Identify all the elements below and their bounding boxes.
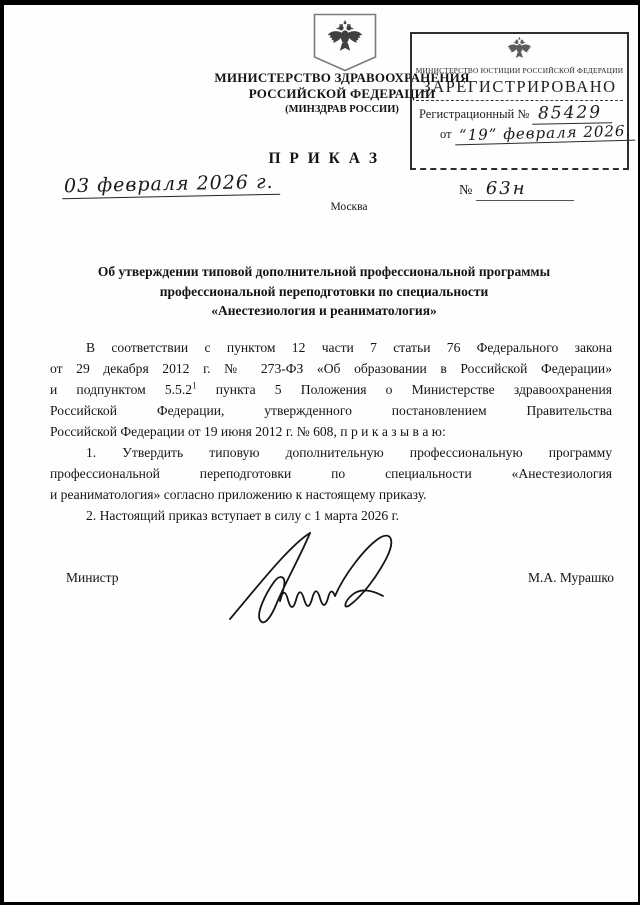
signer-position: Министр (66, 570, 118, 586)
minister-signature-icon (222, 523, 412, 638)
stamp-reg-label: Регистрационный № (419, 107, 529, 121)
stamp-date-handwritten: “19” февраля 2026. (454, 122, 635, 146)
body-line: и реаниматология» согласно приложению к … (50, 484, 612, 505)
body-line: Российской Федерации, утвержденного пост… (50, 400, 612, 421)
body-line: В соответствии с пунктом 12 части 7 стат… (50, 337, 612, 358)
stamp-registration-line: Регистрационный № 85429 (412, 103, 627, 124)
order-document-page: МИНИСТЕРСТВО ЗДРАВООХРАНЕНИЯ РОССИЙСКОЙ … (0, 0, 640, 905)
body-line: и подпунктом 5.5.21 пункта 5 Положения о… (50, 379, 612, 400)
body-line: профессиональной переподготовки по специ… (50, 463, 612, 484)
order-body: В соответствии с пунктом 12 части 7 стат… (50, 337, 612, 526)
document-number: № 63н (459, 178, 574, 201)
stamp-eagle-icon (412, 36, 627, 66)
order-title: Об утверждении типовой дополнительной пр… (46, 262, 602, 321)
order-title-line1: Об утверждении типовой дополнительной пр… (46, 262, 602, 282)
city-label: Москва (49, 201, 640, 213)
body-line-text: и подпунктом 5.5.2 (50, 382, 192, 397)
stamp-date-prefix: от (440, 127, 452, 141)
document-date-value: 03 февраля 2026 г. (62, 171, 280, 200)
stamp-ministry-name: МИНИСТЕРСТВО ЮСТИЦИИ РОССИЙСКОЙ ФЕДЕРАЦИ… (412, 66, 627, 75)
document-number-handwritten: 63н (476, 178, 574, 201)
body-line: от 29 декабря 2012 г. № 273-ФЗ «Об образ… (50, 358, 612, 379)
signer-name: М.А. Мурашко (528, 570, 614, 586)
stamp-reg-number-handwritten: 85429 (532, 102, 612, 124)
order-title-line3: «Анестезиология и реаниматология» (46, 301, 602, 321)
stamp-divider (416, 100, 623, 101)
body-line-text: пункта 5 Положения о Министерстве здраво… (197, 382, 612, 397)
body-line: Российской Федерации от 19 июня 2012 г. … (50, 421, 612, 442)
justice-registration-stamp: МИНИСТЕРСТВО ЮСТИЦИИ РОССИЙСКОЙ ФЕДЕРАЦИ… (410, 32, 629, 170)
document-date-handwritten: 03 февраля 2026 г. (62, 171, 280, 200)
order-title-line2: профессиональной переподготовки по специ… (46, 282, 602, 302)
body-line: 1. Утвердить типовую дополнительную проф… (50, 442, 612, 463)
number-sign: № (459, 183, 472, 198)
stamp-registered-label: ЗАРЕГИСТРИРОВАНО (412, 77, 627, 97)
stamp-date-line: от “19” февраля 2026. (412, 124, 627, 143)
russia-coat-of-arms-icon (312, 12, 378, 74)
